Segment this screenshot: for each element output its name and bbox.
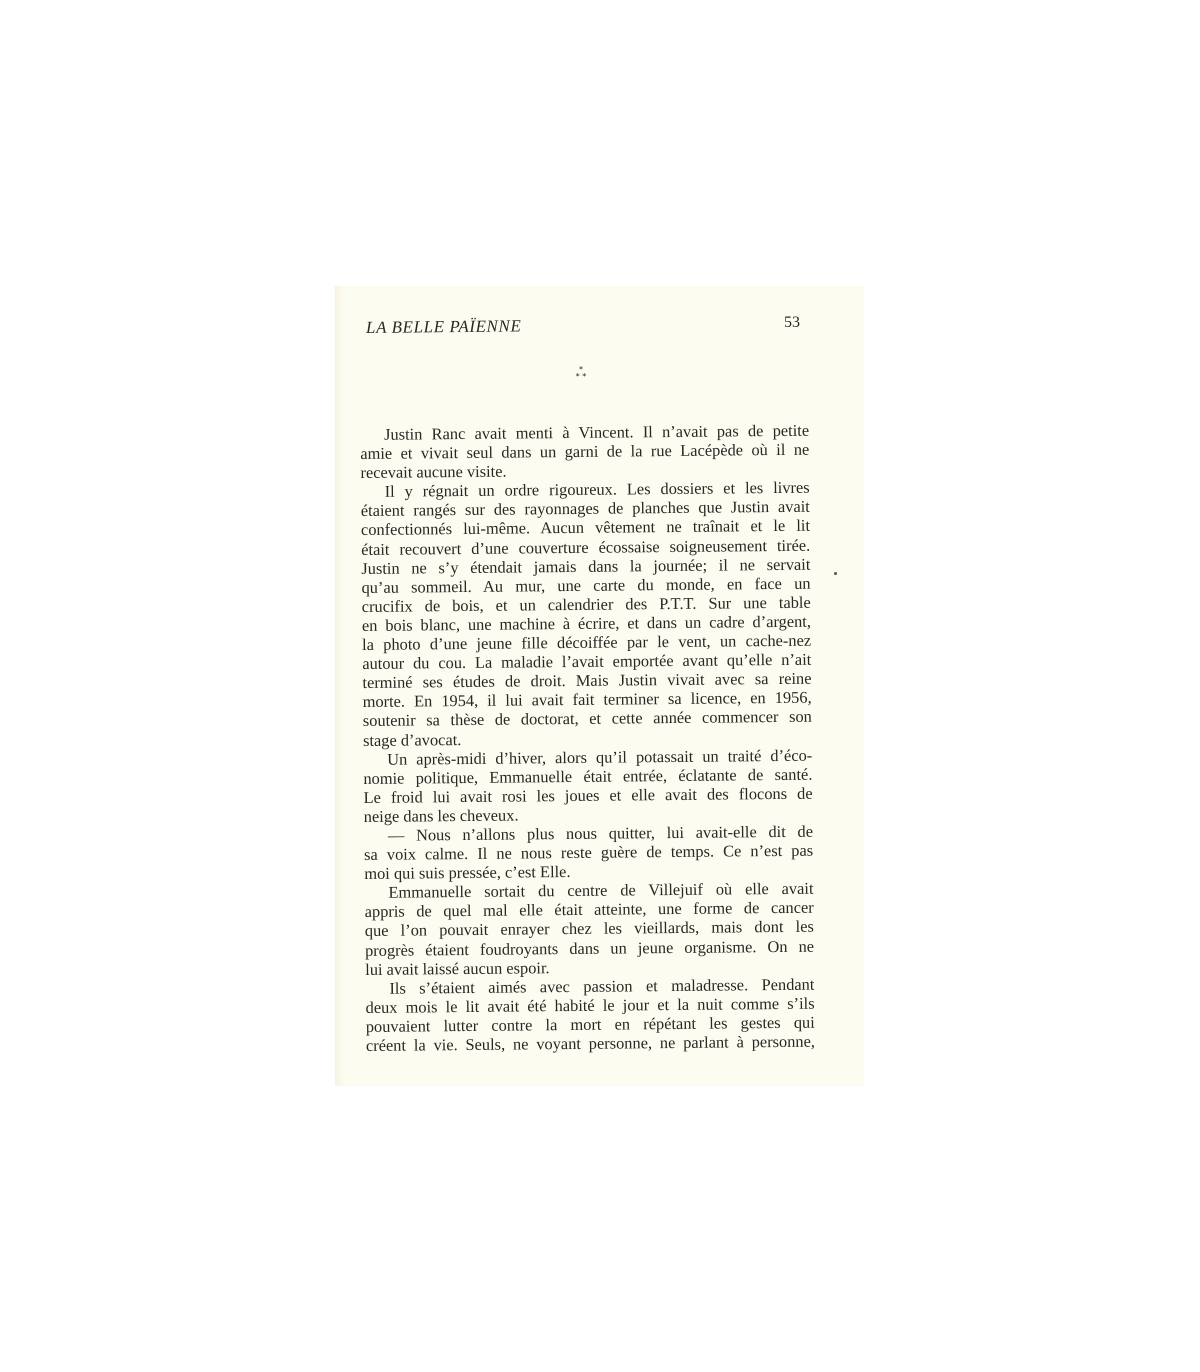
- text-line: créent la vie. Seuls, ne voyant personne…: [366, 1032, 815, 1055]
- paper-speck: [834, 572, 837, 575]
- page-number: 53: [784, 314, 800, 332]
- section-break-asterism: * * *: [571, 366, 591, 380]
- asterism-bottom: * *: [571, 373, 591, 380]
- body-text: Justin Ranc avait menti à Vincent. Il n’…: [360, 421, 815, 1055]
- running-head: LA BELLE PAÏENNE: [366, 316, 522, 338]
- book-page: LA BELLE PAÏENNE 53 * * * Justin Ranc av…: [335, 286, 864, 1086]
